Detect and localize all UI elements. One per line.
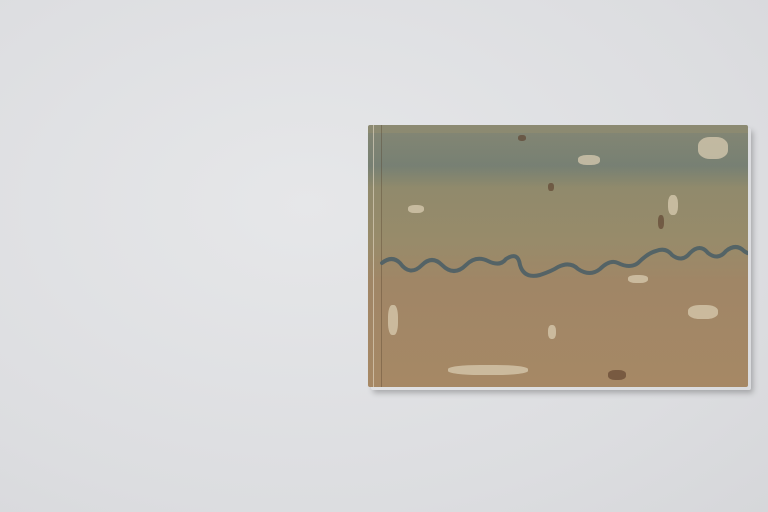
- wear-mark: [548, 325, 556, 339]
- wear-mark: [388, 305, 398, 335]
- stain: [608, 370, 626, 380]
- wavy-line: [368, 125, 748, 387]
- wear-mark: [628, 275, 648, 283]
- wear-mark: [448, 365, 528, 375]
- wear-mark: [668, 195, 678, 215]
- wear-mark: [578, 155, 600, 165]
- stain: [658, 215, 664, 229]
- stain: [518, 135, 526, 141]
- book-cover: [368, 125, 748, 387]
- wear-mark: [698, 137, 728, 159]
- wear-mark: [408, 205, 424, 213]
- wear-mark: [688, 305, 718, 319]
- stain: [548, 183, 554, 191]
